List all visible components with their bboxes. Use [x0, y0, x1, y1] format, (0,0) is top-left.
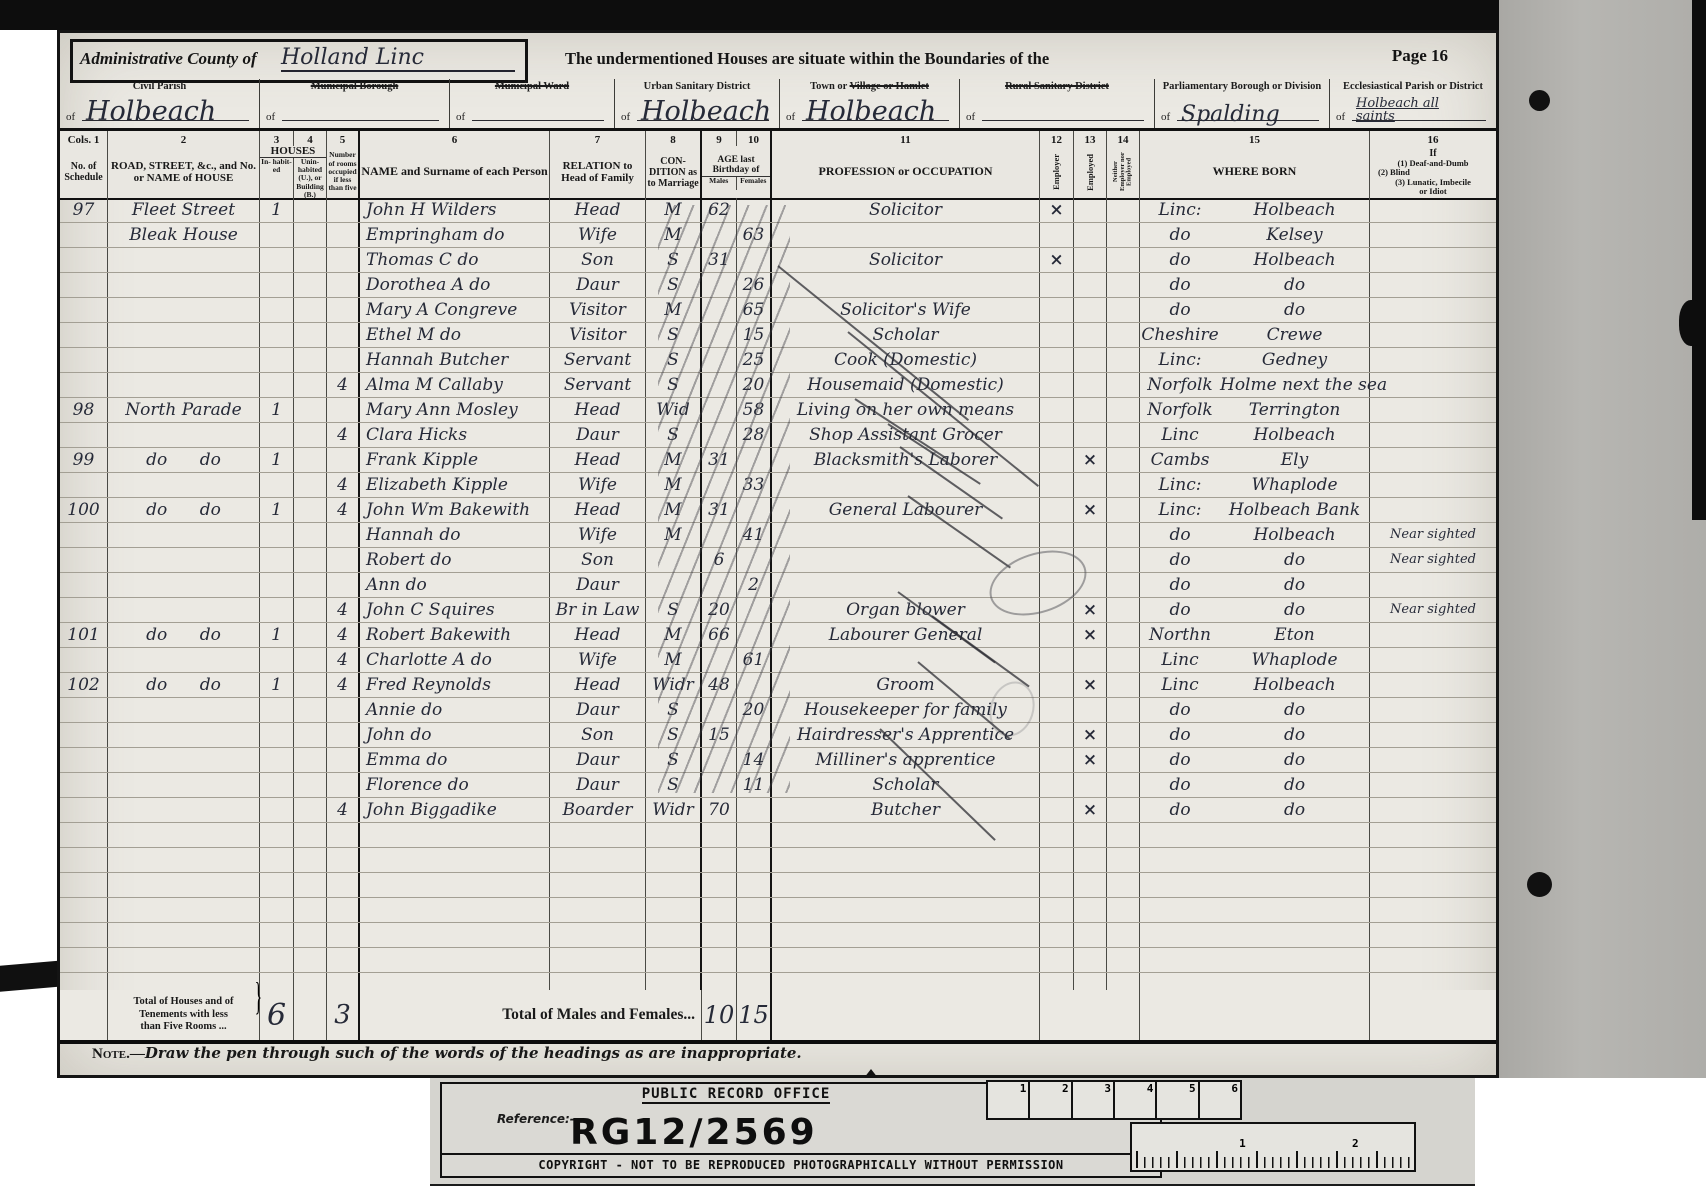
district-municipal-borough: Municipal Borough of: [260, 79, 450, 128]
cell-age-female: 65: [737, 298, 772, 322]
cell-condition: M: [646, 298, 702, 322]
cell-name: Robert Bakewith: [360, 623, 550, 647]
cell-where-born: dodo: [1140, 598, 1370, 622]
cell-uninhabited: [294, 398, 327, 422]
column-header-row: No. of Schedule ROAD, STREET, &c., and N…: [60, 146, 1496, 200]
cell-rooms: [327, 298, 360, 322]
table-row: 102 do do 1 4 Fred Reynolds Head Widr 48…: [60, 673, 1496, 698]
cell-neither: [1107, 423, 1140, 447]
cell-schedule: [60, 873, 108, 897]
cell-schedule: [60, 373, 108, 397]
cell-address: Fleet Street: [108, 198, 260, 222]
cell-employer: [1040, 748, 1074, 772]
cell-age-female: [737, 873, 772, 897]
pointer-mark: [864, 1069, 878, 1078]
cell-uninhabited: [294, 248, 327, 272]
cell-employed: [1074, 273, 1107, 297]
cell-infirmity: [1370, 348, 1496, 372]
cell-infirmity: [1370, 723, 1496, 747]
header-inhabited: In- habit- ed: [260, 158, 294, 199]
cell-address: [108, 348, 260, 372]
cell-age-female: [737, 723, 772, 747]
cell-schedule: [60, 798, 108, 822]
cell-neither: [1107, 448, 1140, 472]
cell-inhabited: [260, 748, 294, 772]
cell-relation: Head: [550, 198, 646, 222]
cell-name: Thomas C do: [360, 248, 550, 272]
cell-name: Emma do: [360, 748, 550, 772]
cell-uninhabited: [294, 473, 327, 497]
cell-rooms: [327, 223, 360, 247]
cell-rooms: [327, 573, 360, 597]
cell-name: [360, 948, 550, 972]
cell-schedule: 99: [60, 448, 108, 472]
cell-employer: [1040, 523, 1074, 547]
cell-relation: Daur: [550, 273, 646, 297]
cell-employer: [1040, 498, 1074, 522]
cell-where-born: Linc:Holbeach Bank: [1140, 498, 1370, 522]
cell-inhabited: 1: [260, 398, 294, 422]
cell-age-male: [702, 223, 737, 247]
scan-artifact: [0, 960, 64, 992]
cell-employed: [1074, 523, 1107, 547]
cell-schedule: [60, 273, 108, 297]
town-value: Holbeach: [806, 96, 936, 127]
header-houses: HOUSES In- habit- ed Unin- habited (U.),…: [260, 146, 327, 198]
cell-age-female: 2: [737, 573, 772, 597]
cell-age-male: 20: [702, 598, 737, 622]
cell-address: [108, 898, 260, 922]
cell-relation: [550, 848, 646, 872]
cell-age-male: [702, 923, 737, 947]
cell-where-born: dodo: [1140, 723, 1370, 747]
cell-inhabited: [260, 598, 294, 622]
table-row: [60, 948, 1496, 973]
cell-age-male: 6: [702, 548, 737, 572]
cell-neither: [1107, 823, 1140, 847]
cell-age-female: [737, 498, 772, 522]
cell-uninhabited: [294, 523, 327, 547]
cell-schedule: [60, 898, 108, 922]
cell-infirmity: [1370, 273, 1496, 297]
cell-age-male: [702, 773, 737, 797]
cell-relation: Daur: [550, 573, 646, 597]
cell-infirmity: Near sighted: [1370, 548, 1496, 572]
cell-address: [108, 723, 260, 747]
ruler-centimetres: 1 2: [1130, 1122, 1416, 1172]
cell-profession: [772, 223, 1040, 247]
cell-rooms: [327, 523, 360, 547]
cell-name: Florence do: [360, 773, 550, 797]
cell-condition: [646, 873, 702, 897]
cell-schedule: [60, 223, 108, 247]
cell-address: North Parade: [108, 398, 260, 422]
cell-relation: Wife: [550, 523, 646, 547]
cell-condition: [646, 548, 702, 572]
cell-rooms: 4: [327, 673, 360, 697]
cell-rooms: [327, 748, 360, 772]
cell-employer: [1040, 848, 1074, 872]
cell-neither: [1107, 473, 1140, 497]
cell-schedule: [60, 248, 108, 272]
cell-where-born: dodo: [1140, 548, 1370, 572]
cell-neither: [1107, 548, 1140, 572]
cell-age-female: [737, 248, 772, 272]
cell-age-male: [702, 698, 737, 722]
cell-address: do do: [108, 448, 260, 472]
cell-profession: [772, 923, 1040, 947]
cell-name: John Wm Bakewith: [360, 498, 550, 522]
cell-rooms: [327, 848, 360, 872]
cell-employed: ×: [1074, 448, 1107, 472]
cell-condition: [646, 823, 702, 847]
cell-profession: Cook (Domestic): [772, 348, 1040, 372]
cell-infirmity: [1370, 223, 1496, 247]
cell-profession: [772, 873, 1040, 897]
cell-age-female: [737, 198, 772, 222]
cell-condition: M: [646, 523, 702, 547]
header-infirmity: If (1) Deaf-and-Dumb (2) Blind (3) Lunat…: [1370, 146, 1496, 198]
cell-profession: [772, 823, 1040, 847]
cell-name: Annie do: [360, 698, 550, 722]
cell-infirmity: [1370, 673, 1496, 697]
cell-where-born: Linc:Gedney: [1140, 348, 1370, 372]
totals-females: 15: [737, 990, 772, 1040]
cell-where-born: dodo: [1140, 798, 1370, 822]
table-row: Ethel M do Visitor S 15 Scholar Cheshire…: [60, 323, 1496, 348]
cell-employer: [1040, 548, 1074, 572]
cell-uninhabited: [294, 773, 327, 797]
cell-neither: [1107, 698, 1140, 722]
cell-uninhabited: [294, 673, 327, 697]
cell-age-female: 63: [737, 223, 772, 247]
cell-inhabited: [260, 773, 294, 797]
cell-employer: [1040, 323, 1074, 347]
cell-rooms: 4: [327, 423, 360, 447]
district-rural-sanitary: Rural Sanitary District of: [960, 79, 1155, 128]
cell-neither: [1107, 898, 1140, 922]
cell-where-born: dodo: [1140, 273, 1370, 297]
parliamentary-value: Spalding: [1181, 102, 1280, 127]
cell-where-born: CambsEly: [1140, 448, 1370, 472]
totals-rooms-value: 3: [327, 990, 360, 1040]
pro-reference-strip: PUBLIC RECORD OFFICE Reference:- RG12/25…: [430, 1078, 1475, 1186]
cell-where-born: LincHolbeach: [1140, 423, 1370, 447]
cell-inhabited: [260, 648, 294, 672]
cell-profession: Milliner's apprentice: [772, 748, 1040, 772]
cell-infirmity: Near sighted: [1370, 598, 1496, 622]
cell-age-male: [702, 473, 737, 497]
header-employer: Employer: [1040, 146, 1074, 198]
cell-rooms: 4: [327, 473, 360, 497]
cell-where-born: CheshireCrewe: [1140, 323, 1370, 347]
cell-uninhabited: [294, 723, 327, 747]
cell-address: [108, 273, 260, 297]
cell-employed: [1074, 248, 1107, 272]
cell-uninhabited: [294, 748, 327, 772]
cell-where-born: NorthnEton: [1140, 623, 1370, 647]
cell-schedule: [60, 473, 108, 497]
cell-employer: [1040, 673, 1074, 697]
scan-right-margin: [1499, 0, 1706, 1078]
cell-relation: [550, 948, 646, 972]
table-row: Ann do Daur 2 dodo: [60, 573, 1496, 598]
cell-condition: S: [646, 323, 702, 347]
cell-employed: [1074, 473, 1107, 497]
cell-employed: [1074, 348, 1107, 372]
administrative-county-label: Administrative County of: [80, 49, 257, 69]
cell-neither: [1107, 373, 1140, 397]
cell-where-born: NorfolkTerrington: [1140, 398, 1370, 422]
cell-employer: [1040, 398, 1074, 422]
district-header-row: Civil Parish of Holbeach Municipal Borou…: [60, 79, 1496, 128]
cell-profession: Butcher: [772, 798, 1040, 822]
cell-age-male: [702, 573, 737, 597]
cell-profession: Housemaid (Domestic): [772, 373, 1040, 397]
cell-inhabited: [260, 473, 294, 497]
cell-age-male: 31: [702, 498, 737, 522]
cell-relation: [550, 923, 646, 947]
cell-address: [108, 373, 260, 397]
district-ecclesiastical: Ecclesiastical Parish or District of Hol…: [1330, 79, 1496, 128]
cell-employer: [1040, 873, 1074, 897]
cell-inhabited: 1: [260, 673, 294, 697]
district-civil-parish: Civil Parish of Holbeach: [60, 79, 260, 128]
header-males: Males: [702, 177, 737, 190]
cell-employed: ×: [1074, 623, 1107, 647]
cell-rooms: [327, 198, 360, 222]
cell-employer: [1040, 773, 1074, 797]
cell-relation: Head: [550, 673, 646, 697]
cell-employed: [1074, 948, 1107, 972]
cell-rooms: [327, 898, 360, 922]
administrative-county-value: Holland Linc: [281, 45, 515, 72]
cell-age-male: [702, 823, 737, 847]
cell-address: [108, 923, 260, 947]
cell-address: [108, 523, 260, 547]
cell-age-male: [702, 398, 737, 422]
cell-where-born: doKelsey: [1140, 223, 1370, 247]
cell-where-born: [1140, 923, 1370, 947]
cell-inhabited: [260, 823, 294, 847]
cell-employer: [1040, 923, 1074, 947]
cell-address: do do: [108, 673, 260, 697]
table-row: 4 Clara Hicks Daur S 28 Shop Assistant G…: [60, 423, 1496, 448]
cell-neither: [1107, 223, 1140, 247]
cell-address: [108, 698, 260, 722]
cell-rooms: 4: [327, 373, 360, 397]
punch-hole: [1529, 90, 1550, 111]
cell-relation: Br in Law: [550, 598, 646, 622]
cell-name: Charlotte A do: [360, 648, 550, 672]
cell-condition: Widr: [646, 673, 702, 697]
table-row: Dorothea A do Daur S 26 dodo: [60, 273, 1496, 298]
cell-employed: [1074, 223, 1107, 247]
cell-employer: [1040, 898, 1074, 922]
cell-condition: S: [646, 698, 702, 722]
ruler-inches: 1 2 3 4 5 6: [986, 1080, 1242, 1120]
header-neither: Neither Employer nor Employed: [1107, 146, 1140, 198]
cell-age-female: 28: [737, 423, 772, 447]
cell-profession: Groom: [772, 673, 1040, 697]
cell-age-male: [702, 298, 737, 322]
cell-rooms: [327, 773, 360, 797]
cell-age-female: 20: [737, 373, 772, 397]
table-row: Hannah Butcher Servant S 25 Cook (Domest…: [60, 348, 1496, 373]
cell-employer: [1040, 598, 1074, 622]
cell-neither: [1107, 798, 1140, 822]
cell-uninhabited: [294, 923, 327, 947]
cell-schedule: [60, 598, 108, 622]
cell-employed: ×: [1074, 748, 1107, 772]
cell-where-born: dodo: [1140, 298, 1370, 322]
cell-neither: [1107, 923, 1140, 947]
cell-relation: Wife: [550, 648, 646, 672]
cell-employed: [1074, 323, 1107, 347]
header-employed: Employed: [1074, 146, 1107, 198]
district-parliamentary: Parliamentary Borough or Division of Spa…: [1155, 79, 1330, 128]
cell-uninhabited: [294, 548, 327, 572]
cell-inhabited: [260, 848, 294, 872]
cell-infirmity: [1370, 798, 1496, 822]
cell-infirmity: [1370, 498, 1496, 522]
scan-top-edge: [0, 0, 1706, 30]
cell-neither: [1107, 623, 1140, 647]
cell-relation: Daur: [550, 423, 646, 447]
cell-profession: [772, 473, 1040, 497]
cell-age-female: [737, 598, 772, 622]
cell-address: do do: [108, 498, 260, 522]
cell-schedule: 100: [60, 498, 108, 522]
cell-rooms: [327, 248, 360, 272]
cell-condition: S: [646, 373, 702, 397]
cell-name: [360, 848, 550, 872]
cell-rooms: 4: [327, 598, 360, 622]
cell-age-female: [737, 848, 772, 872]
cell-profession: [772, 523, 1040, 547]
cell-inhabited: 1: [260, 623, 294, 647]
cell-infirmity: [1370, 323, 1496, 347]
cell-employed: [1074, 548, 1107, 572]
cell-inhabited: [260, 323, 294, 347]
cell-employed: ×: [1074, 498, 1107, 522]
cell-age-female: 20: [737, 698, 772, 722]
cell-schedule: [60, 298, 108, 322]
cell-infirmity: [1370, 698, 1496, 722]
table-row: [60, 823, 1496, 848]
district-municipal-ward: Municipal Ward of: [450, 79, 615, 128]
cell-name: [360, 898, 550, 922]
cell-age-male: 15: [702, 723, 737, 747]
cell-profession: [772, 273, 1040, 297]
cell-condition: M: [646, 498, 702, 522]
cell-employer: [1040, 273, 1074, 297]
urban-sanitary-value: Holbeach: [641, 96, 771, 127]
cell-neither: [1107, 948, 1140, 972]
cell-age-female: [737, 923, 772, 947]
cell-uninhabited: [294, 948, 327, 972]
cell-infirmity: [1370, 923, 1496, 947]
cell-schedule: [60, 523, 108, 547]
table-row: [60, 873, 1496, 898]
cell-condition: [646, 948, 702, 972]
cell-employer: [1040, 373, 1074, 397]
punch-hole: [1527, 872, 1552, 897]
cell-infirmity: [1370, 873, 1496, 897]
table-row: John do Son S 15 Hairdresser's Apprentic…: [60, 723, 1496, 748]
cell-name: Elizabeth Kipple: [360, 473, 550, 497]
cell-age-male: [702, 523, 737, 547]
cell-inhabited: [260, 298, 294, 322]
cell-uninhabited: [294, 348, 327, 372]
cell-schedule: [60, 773, 108, 797]
cell-name: John H Wilders: [360, 198, 550, 222]
cell-age-female: 25: [737, 348, 772, 372]
cell-rooms: [327, 348, 360, 372]
cell-condition: S: [646, 423, 702, 447]
cell-profession: [772, 848, 1040, 872]
cell-employed: [1074, 773, 1107, 797]
cell-age-female: [737, 948, 772, 972]
cell-employer: [1040, 798, 1074, 822]
cell-employer: [1040, 723, 1074, 747]
cell-relation: Visitor: [550, 298, 646, 322]
copyright-notice: COPYRIGHT - NOT TO BE REPRODUCED PHOTOGR…: [442, 1153, 1160, 1176]
cell-age-female: 58: [737, 398, 772, 422]
cell-profession: Scholar: [772, 773, 1040, 797]
cell-age-female: [737, 623, 772, 647]
cell-name: John do: [360, 723, 550, 747]
cell-inhabited: [260, 723, 294, 747]
cell-age-male: [702, 748, 737, 772]
cell-employer: [1040, 423, 1074, 447]
header-name: NAME and Surname of each Person: [360, 146, 550, 198]
cell-inhabited: 1: [260, 498, 294, 522]
cell-inhabited: [260, 273, 294, 297]
cell-employer: [1040, 298, 1074, 322]
cell-address: [108, 298, 260, 322]
totals-row: Total of Houses and of Tenements with le…: [60, 990, 1496, 1044]
cell-uninhabited: [294, 223, 327, 247]
cell-employed: [1074, 573, 1107, 597]
cell-age-female: 33: [737, 473, 772, 497]
table-row: Emma do Daur S 14 Milliner's apprentice …: [60, 748, 1496, 773]
cell-age-female: [737, 798, 772, 822]
header-condition: CON- DITION as to Marriage: [646, 146, 702, 198]
cell-age-female: [737, 448, 772, 472]
cell-condition: S: [646, 773, 702, 797]
scan-right-edge: [1692, 0, 1706, 520]
cell-condition: M: [646, 473, 702, 497]
cell-profession: Scholar: [772, 323, 1040, 347]
table-row: 100 do do 1 4 John Wm Bakewith Head M 31…: [60, 498, 1496, 523]
cell-uninhabited: [294, 448, 327, 472]
cell-condition: S: [646, 598, 702, 622]
cell-where-born: LincWhaplode: [1140, 648, 1370, 672]
cell-employed: [1074, 823, 1107, 847]
cell-profession: Hairdresser's Apprentice: [772, 723, 1040, 747]
cell-profession: [772, 898, 1040, 922]
cell-profession: Blacksmith's Laborer: [772, 448, 1040, 472]
cell-profession: [772, 548, 1040, 572]
cell-age-male: [702, 273, 737, 297]
totals-males: 10: [702, 990, 737, 1040]
cell-profession: Solicitor: [772, 248, 1040, 272]
cell-age-male: 70: [702, 798, 737, 822]
cell-name: Clara Hicks: [360, 423, 550, 447]
cell-condition: S: [646, 748, 702, 772]
cell-neither: [1107, 598, 1140, 622]
